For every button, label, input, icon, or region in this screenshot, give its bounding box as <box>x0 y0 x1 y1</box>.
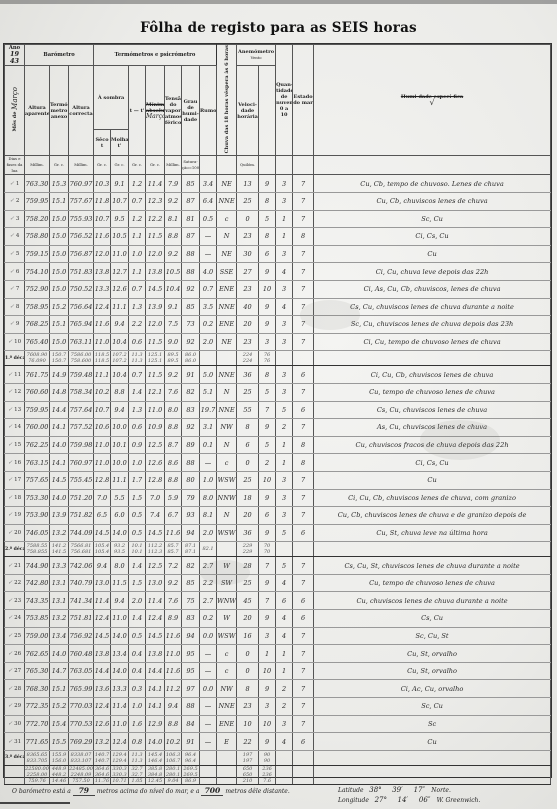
cell-alt-ap: 768.30 <box>25 680 50 698</box>
cell-tens: 9.0 <box>165 333 182 351</box>
summary-value: 112.3 <box>146 549 164 555</box>
cell-alt-ap: 760.60 <box>25 383 50 401</box>
table-row: ✓ 15762.2514.0759.9811.010.10.912.58.789… <box>5 436 551 454</box>
page-title: Fôlha de registo para as SEIS horas <box>0 20 557 36</box>
cell-vel: 0 <box>237 645 259 663</box>
summary-cell: 82.1 <box>200 542 217 557</box>
summary-value: 129.4 <box>111 752 128 758</box>
cell-nuv: 3 <box>259 627 276 645</box>
cell-hum: 8 <box>293 436 314 454</box>
cell-mar: 5 <box>276 524 293 542</box>
day-unit: Dias e fases da lua <box>5 156 25 175</box>
cell-nuv: 2 <box>259 454 276 472</box>
cell-mar: 1 <box>276 645 293 663</box>
cell-chuva: 19.7 <box>200 401 217 419</box>
cell-mar: 3 <box>276 193 293 211</box>
cell-mar: 4 <box>276 733 293 751</box>
cell-molh: 8.8 <box>111 383 129 401</box>
cell-diff: 0.5 <box>129 507 146 525</box>
sky-state-remark: Cu <box>314 471 551 489</box>
cell-vel: 27 <box>237 263 259 281</box>
summary-value: 10.1 <box>129 549 145 555</box>
cell-chuva: 0.2 <box>200 610 217 628</box>
cell-term: 14.1 <box>50 419 69 437</box>
cell-tens: 7.5 <box>165 316 182 334</box>
summary-value: 82.1 <box>200 546 216 552</box>
cell-alt-ap: 753.30 <box>25 489 50 507</box>
summary-value: 89.5 <box>165 358 181 364</box>
thermometers-header: Termómetros e psicrómetro <box>94 45 217 66</box>
summary-value: 8365.65 <box>25 752 49 758</box>
table-row: ✓ 19753.9013.9751.826.56.00.57.46.7938.1… <box>5 507 551 525</box>
cell-seco: 11.4 <box>94 592 111 610</box>
cell-alt-cor: 751.20 <box>69 489 94 507</box>
cell-seco: 13.3 <box>94 280 111 298</box>
table-row: ✓ 29772.3515.2770.0312.411.41.014.19.488… <box>5 698 551 716</box>
summary-cell: 7588.55758.855 <box>25 542 50 557</box>
longitude-direction: W. Greenwich. <box>437 797 481 804</box>
cell-min: 12.6 <box>146 454 165 472</box>
day-cell: ✓ 20 <box>5 524 25 542</box>
summary-value: 86.9 <box>182 778 199 784</box>
cell-hum: 7 <box>293 280 314 298</box>
cell-alt-cor: 769.29 <box>69 733 94 751</box>
cell-rumo: E <box>217 733 237 751</box>
cell-seco: 9.4 <box>94 557 111 575</box>
cell-alt-cor: 759.98 <box>69 436 94 454</box>
cell-nuv: 10 <box>259 471 276 489</box>
summary-cell: 8365.65833.705 <box>25 750 50 765</box>
summary-value: 107.2 <box>111 358 128 364</box>
cell-min: 7.4 <box>146 507 165 525</box>
day-number: 23 <box>14 598 21 604</box>
cell-diff: 1.0 <box>129 698 146 716</box>
cell-diff: 0.4 <box>129 645 146 663</box>
sky-state-remark: Cu, Cb, chuviscos lenes de chuva e de gr… <box>314 507 551 525</box>
day-cell: ✓ 27 <box>5 662 25 680</box>
summary-cell: 229229 <box>237 542 259 557</box>
barometer-distance: 700 <box>201 786 223 796</box>
cell-min: 13.8 <box>146 645 165 663</box>
cell-grau: 91 <box>182 733 200 751</box>
summary-cell: 269.5269.586.9 <box>182 765 200 784</box>
cell-term: 15.2 <box>50 698 69 716</box>
table-row: ✓ 20746.0513.2744.0914.514.00.514.511.69… <box>5 524 551 542</box>
cell-hum: 7 <box>293 175 314 193</box>
summary-value: 269.5 <box>182 772 199 778</box>
sky-state-remark: Ci, Cu, chuva leve depois das 22h <box>314 263 551 281</box>
cell-seco: 10.7 <box>94 401 111 419</box>
cell-grau: 73 <box>182 316 200 334</box>
day-cell: ✓ 24 <box>5 610 25 628</box>
cell-seco: 13.6 <box>94 680 111 698</box>
cell-chuva: 4.0 <box>200 263 217 281</box>
day-number: 13 <box>14 407 21 413</box>
cell-alt-cor: 751.82 <box>69 507 94 525</box>
cell-alt-ap: 771.65 <box>25 733 50 751</box>
cell-term: 13.1 <box>50 574 69 592</box>
cell-nuv: 8 <box>259 366 276 384</box>
sky-state-remark: Ci, As, Cu, Cb, chuviscos, lenes de chuv… <box>314 280 551 298</box>
cell-grau: 87 <box>182 228 200 246</box>
day-cell: ✓ 30 <box>5 715 25 733</box>
cell-mar: 4 <box>276 627 293 645</box>
day-cell: ✓ 21 <box>5 557 25 575</box>
cell-hum: 7 <box>293 263 314 281</box>
scan-edge <box>0 0 557 4</box>
cell-rumo: WSW <box>217 524 237 542</box>
cell-grau: 82 <box>182 383 200 401</box>
longitude-degrees: 27° <box>371 796 391 804</box>
cell-tens: 11.6 <box>165 662 182 680</box>
cell-rumo: WSW <box>217 627 237 645</box>
cell-min: 14.1 <box>146 698 165 716</box>
unit-label: Millim. <box>165 156 182 175</box>
table-row: ✓ 25759.0013.4756.9214.514.00.514.511.69… <box>5 627 551 645</box>
unit-label <box>276 156 293 175</box>
day-cell: ✓ 8 <box>5 298 25 316</box>
cell-vel: 23 <box>237 333 259 351</box>
cell-grau: 92 <box>182 280 200 298</box>
cell-term: 15.0 <box>50 245 69 263</box>
cell-tens: 7.6 <box>165 592 182 610</box>
day-number: 24 <box>14 615 21 621</box>
cell-alt-cor: 751.83 <box>69 263 94 281</box>
summary-value: 22485.00 <box>69 766 93 772</box>
day-cell: ✓ 14 <box>5 419 25 437</box>
day-number: 12 <box>14 389 21 395</box>
day-number: 4 <box>16 233 20 239</box>
summary-value: 833.107 <box>69 758 93 764</box>
cell-vel: 22 <box>237 733 259 751</box>
summary-cell <box>293 765 314 784</box>
cell-alt-ap: 744.90 <box>25 557 50 575</box>
cell-diff: 0.5 <box>129 627 146 645</box>
summary-cell: 364.6364.611.76 <box>94 765 111 784</box>
register-sheet-page: Fôlha de registo para as SEIS horas Ano1… <box>0 0 557 809</box>
cell-term: 14.9 <box>50 366 69 384</box>
table-row: ✓ 3758.2015.0755.9310.79.51.212.28.1810.… <box>5 210 551 228</box>
sky-state-remark: Cs, Cu, chuviscos lenes de chuva durante… <box>314 298 551 316</box>
summary-cell: 85.785.7 <box>165 542 182 557</box>
unit-label: Gr. c. <box>146 156 165 175</box>
cell-grau: 88 <box>182 698 200 716</box>
cell-min: 14.5 <box>146 627 165 645</box>
cell-alt-ap: 762.25 <box>25 436 50 454</box>
summary-label: 1.ª década <box>5 351 25 366</box>
longitude-label: Longitude <box>338 797 369 804</box>
cell-chuva: — <box>200 454 217 472</box>
summary-cell: 448.9448.214.46 <box>50 765 69 784</box>
cell-diff: 1.4 <box>129 383 146 401</box>
cell-seco: 11.0 <box>94 333 111 351</box>
day-number: 14 <box>14 424 21 430</box>
cell-vel: 10 <box>237 715 259 733</box>
table-row: ✓ 18753.3014.0751.207.05.51.57.05.9798.0… <box>5 489 551 507</box>
sky-state-remark: Cu, St, orvalho <box>314 662 551 680</box>
cell-chuva: 5.0 <box>200 366 217 384</box>
cell-nuv: 3 <box>259 333 276 351</box>
cell-mar: 3 <box>276 507 293 525</box>
wind-speed-header: Veloci-dade horária <box>237 66 259 156</box>
cell-diff: 1.3 <box>129 298 146 316</box>
specific-humidity-header: Humi-dade especí-fica√ <box>314 45 551 156</box>
cell-term: 15.1 <box>50 193 69 211</box>
summary-row: 3.ª década8365.65833.705155.9156.08338.0… <box>5 750 551 765</box>
table-row: ✓ 4758.8015.0756.5211.610.51.111.58.887—… <box>5 228 551 246</box>
cell-min: 12.5 <box>146 436 165 454</box>
cell-diff: 1.0 <box>129 245 146 263</box>
summary-value: 197 <box>237 758 258 764</box>
cell-nuv: 6 <box>259 507 276 525</box>
cell-term: 15.4 <box>50 715 69 733</box>
cell-vel: 45 <box>237 592 259 610</box>
day-number: 15 <box>14 442 21 448</box>
day-number: 2 <box>16 198 20 204</box>
cell-hum: 7 <box>293 471 314 489</box>
cell-tens: 8.8 <box>165 419 182 437</box>
corrected-height-header: Altura correcta <box>69 66 94 156</box>
cell-alt-ap: 763.30 <box>25 175 50 193</box>
cell-vel: 6 <box>237 436 259 454</box>
cell-alt-ap: 768.25 <box>25 316 50 334</box>
summary-cell <box>217 542 237 557</box>
table-row: ✓ 8758.9515.2756.6412.411.11.313.99.1853… <box>5 298 551 316</box>
cell-alt-ap: 772.70 <box>25 715 50 733</box>
summary-cell <box>200 765 217 784</box>
cell-rumo: N <box>217 383 237 401</box>
unit-label: Satura-ção=100 <box>182 156 200 175</box>
summary-value: 9.04 <box>165 778 181 784</box>
cell-min: 14.1 <box>146 680 165 698</box>
cell-min: 12.5 <box>146 557 165 575</box>
summary-cell: 86.086.0 <box>182 351 200 366</box>
cell-chuva: 3.4 <box>200 175 217 193</box>
summary-cell <box>217 750 237 765</box>
summary-cell: 330.3330.310.71 <box>111 765 129 784</box>
day-number: 30 <box>14 721 21 727</box>
cell-chuva: 2.0 <box>200 333 217 351</box>
summary-value: 448.2 <box>50 772 68 778</box>
summary-cell: 89.589.5 <box>165 351 182 366</box>
cell-hum: 7 <box>293 557 314 575</box>
cell-seco: 12.8 <box>94 471 111 489</box>
cell-chuva: 5.1 <box>200 383 217 401</box>
cell-nuv: 10 <box>259 662 276 680</box>
cell-grau: 97 <box>182 680 200 698</box>
cell-alt-ap: 746.05 <box>25 524 50 542</box>
cell-diff: 2.2 <box>129 316 146 334</box>
shade-header: À sombra <box>94 66 129 130</box>
cell-molh: 10.5 <box>111 228 129 246</box>
summary-value: 758.855 <box>25 549 49 555</box>
day-cell: ✓ 26 <box>5 645 25 663</box>
cell-nuv: 9 <box>259 489 276 507</box>
cell-alt-ap: 772.35 <box>25 698 50 716</box>
summary-label <box>5 765 25 784</box>
year-header: Ano19 43 <box>5 45 25 66</box>
cell-nuv: 9 <box>259 733 276 751</box>
cell-vel: 55 <box>237 401 259 419</box>
cell-molh: 12.6 <box>111 280 129 298</box>
summary-cell: 96.496.4 <box>182 750 200 765</box>
cell-vel: 28 <box>237 557 259 575</box>
sky-state-remark: Cu, tempo de chuvoso lenes de chuva <box>314 574 551 592</box>
day-cell: ✓ 2 <box>5 193 25 211</box>
latitude-direction: Norte. <box>431 787 451 794</box>
barometer-height: 79 <box>73 786 95 796</box>
cell-seco: 13.2 <box>94 733 111 751</box>
cell-min: 12.0 <box>146 316 165 334</box>
day-number: 3 <box>16 216 20 222</box>
cell-chuva: 2.7 <box>200 557 217 575</box>
cell-chuva: 8.1 <box>200 507 217 525</box>
sky-state-remark: Ci, Cs, Cu <box>314 228 551 246</box>
cell-rumo: NNE <box>217 298 237 316</box>
cell-term: 13.2 <box>50 524 69 542</box>
summary-value: 210 <box>237 778 258 784</box>
day-cell: ✓ 10 <box>5 333 25 351</box>
cell-nuv: 9 <box>259 298 276 316</box>
cell-chuva: — <box>200 698 217 716</box>
day-number: 31 <box>14 739 21 745</box>
sky-state-remark: As, Cu, chuviscos lenes de chuva <box>314 419 551 437</box>
cell-min: 14.5 <box>146 524 165 542</box>
cell-nuv: 8 <box>259 228 276 246</box>
cell-chuva: 0.2 <box>200 316 217 334</box>
summary-value: 448.9 <box>50 766 68 772</box>
cell-mar: 1 <box>276 454 293 472</box>
cell-diff: 1.0 <box>129 454 146 472</box>
sky-state-remark: Ci, Cu, tempo de chuvoso lenes de chuva <box>314 333 551 351</box>
cell-hum: 6 <box>293 524 314 542</box>
cell-min: 14.4 <box>146 662 165 680</box>
cell-tens: 9.1 <box>165 298 182 316</box>
cell-alt-cor: 742.06 <box>69 557 94 575</box>
cell-term: 15.0 <box>50 280 69 298</box>
cell-alt-ap: 753.85 <box>25 610 50 628</box>
cell-min: 11.4 <box>146 592 165 610</box>
cell-rumo: NE <box>217 333 237 351</box>
cell-min: 12.2 <box>146 210 165 228</box>
summary-value: 12.45 <box>146 778 164 784</box>
unit-label <box>259 156 276 175</box>
cell-chuva: 3.1 <box>200 419 217 437</box>
cell-mar: 1 <box>276 210 293 228</box>
cell-vel: 25 <box>237 471 259 489</box>
cell-alt-ap: 754.10 <box>25 263 50 281</box>
day-cell: ✓ 4 <box>5 228 25 246</box>
summary-cell: 11.311.3 <box>129 750 146 765</box>
cell-rumo: W <box>217 610 237 628</box>
summary-value: 155.9 <box>50 752 68 758</box>
cell-vel: 0 <box>237 662 259 680</box>
cell-seco: 11.0 <box>94 436 111 454</box>
cell-molh: 11.4 <box>111 698 129 716</box>
latitude: Latitude 38° 39′ 17″ Norte. <box>338 786 451 794</box>
unit-label: Millim. <box>25 156 50 175</box>
table-row: ✓ 30772.7015.4770.5312.611.01.612.98.884… <box>5 715 551 733</box>
cell-hum: 7 <box>293 627 314 645</box>
summary-cell: 280.1280.19.04 <box>165 765 182 784</box>
cell-rumo: NNE <box>217 401 237 419</box>
cell-hum: 6 <box>293 733 314 751</box>
cell-mar: 3 <box>276 280 293 298</box>
cell-alt-ap: 760.00 <box>25 419 50 437</box>
cell-vel: 20 <box>237 316 259 334</box>
cell-molh: 13.3 <box>111 680 129 698</box>
summary-cell: 8338.07833.107 <box>69 750 94 765</box>
cell-tens: 8.7 <box>165 436 182 454</box>
summary-cell: 7566.81756.681 <box>69 542 94 557</box>
cell-term: 15.0 <box>50 263 69 281</box>
summary-cell: 197197 <box>237 750 259 765</box>
summary-value: 330.3 <box>111 766 128 772</box>
cell-rumo: NNE <box>217 366 237 384</box>
cell-tens: 7.9 <box>165 175 182 193</box>
summary-cell: 87.187.1 <box>182 542 200 557</box>
cell-seco: 13.8 <box>94 263 111 281</box>
cell-mar: 1 <box>276 436 293 454</box>
cell-mar: 3 <box>276 333 293 351</box>
sky-state-remark: Sc, Cu <box>314 698 551 716</box>
cell-vel: 36 <box>237 366 259 384</box>
cell-diff: 1.1 <box>129 263 146 281</box>
summary-value: 7.6 <box>259 778 275 784</box>
cell-alt-ap: 758.20 <box>25 210 50 228</box>
latitude-label: Latitude <box>338 787 364 794</box>
cell-chuva: 3.5 <box>200 298 217 316</box>
cell-grau: 91 <box>182 366 200 384</box>
cell-molh: 12.7 <box>111 263 129 281</box>
cell-rumo: WSW <box>217 471 237 489</box>
cell-mar: 3 <box>276 383 293 401</box>
cell-tens: 8.0 <box>165 401 182 419</box>
month-header: Mês de Março <box>5 66 25 156</box>
summary-value: 146.4 <box>146 758 164 764</box>
cell-grau: 88 <box>182 454 200 472</box>
summary-value: 93.5 <box>111 549 128 555</box>
summary-value: 364.6 <box>94 772 110 778</box>
cell-alt-cor: 758.34 <box>69 383 94 401</box>
cell-tens: 11.2 <box>165 680 182 698</box>
summary-value: 269.5 <box>182 766 199 772</box>
cell-mar: 3 <box>276 316 293 334</box>
cell-alt-cor: 760.48 <box>69 645 94 663</box>
cell-hum: 7 <box>293 419 314 437</box>
table-row: ✓ 7752.9015.0750.5213.312.60.714.510.492… <box>5 280 551 298</box>
cell-tens: 5.9 <box>165 489 182 507</box>
summary-value: 106.7 <box>165 758 181 764</box>
summary-value: 96.4 <box>182 758 199 764</box>
table-row: ✓ 22742.8013.1740.7913.011.51.513.09.285… <box>5 574 551 592</box>
summary-value: 76.090 <box>25 358 49 364</box>
summary-value: 76 <box>259 358 275 364</box>
summary-cell: 118.5118.5 <box>94 351 111 366</box>
barometer-mid: metros acima do nível do mar, e a <box>97 788 200 795</box>
cell-seco: 14.5 <box>94 627 111 645</box>
t-diff-header: t — t' <box>129 66 146 156</box>
day-cell: ✓ 19 <box>5 507 25 525</box>
summary-value: 833.705 <box>25 758 49 764</box>
day-number: 7 <box>16 286 20 292</box>
day-number: 26 <box>14 651 21 657</box>
cell-alt-ap: 752.90 <box>25 280 50 298</box>
cell-rumo: c <box>217 662 237 680</box>
cell-grau: 94 <box>182 627 200 645</box>
cell-nuv: 9 <box>259 263 276 281</box>
cell-seco: 12.4 <box>94 698 111 716</box>
